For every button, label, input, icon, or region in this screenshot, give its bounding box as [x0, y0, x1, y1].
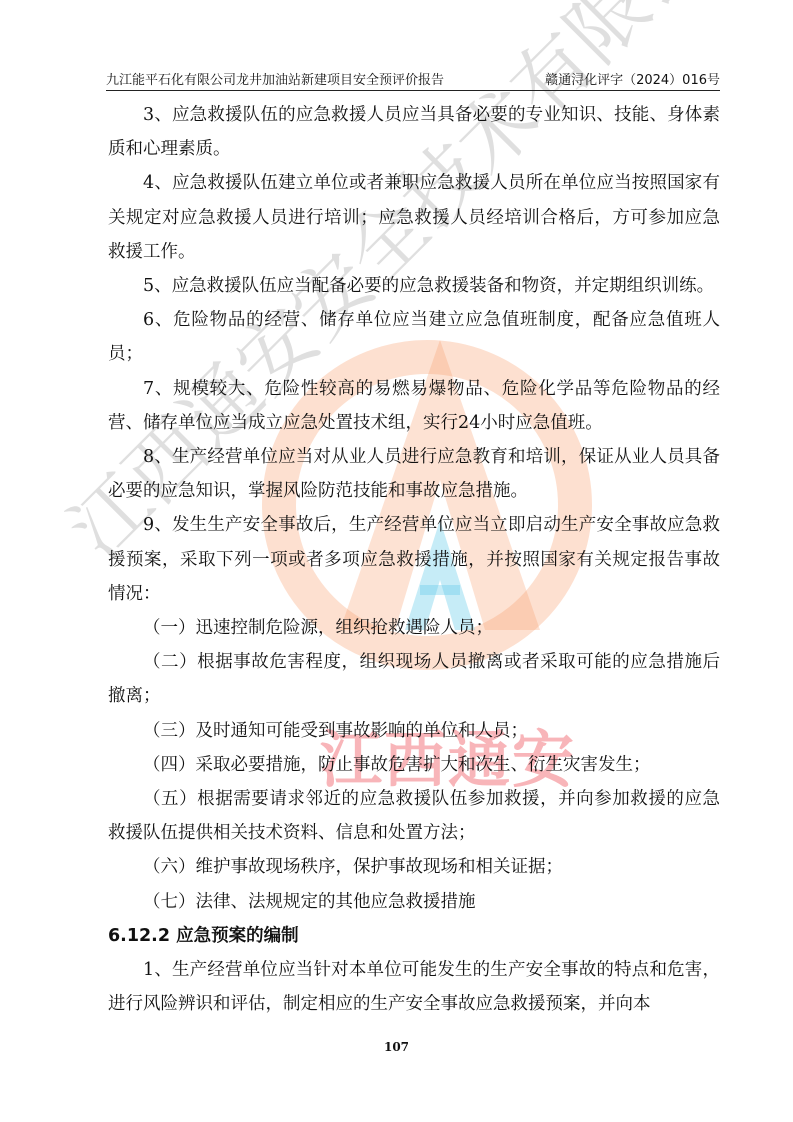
paragraph: 4、应急救援队伍建立单位或者兼职应急救援人员所在单位应当按照国家有关规定对应急救…	[108, 166, 720, 269]
page-number: 107	[0, 1040, 793, 1054]
paragraph: 9、发生生产安全事故后，生产经营单位应当立即启动生产安全事故应急救援预案，采取下…	[108, 508, 720, 611]
paragraph: 8、生产经营单位应当对从业人员进行应急教育和培训，保证从业人员具备必要的应急知识…	[108, 440, 720, 508]
page-header: 九江能平石化有限公司龙井加油站新建项目安全预评价报告 赣通浔化评字（2024）0…	[106, 66, 720, 91]
report-title: 九江能平石化有限公司龙井加油站新建项目安全预评价报告	[106, 69, 444, 88]
paragraph: 6、危险物品的经营、储存单位应当建立应急值班制度，配备应急值班人员；	[108, 303, 720, 371]
page-content: 3、应急救援队伍的应急救援人员应当具备必要的专业知识、技能、身体素质和心理素质。…	[108, 98, 720, 1021]
list-item: （四）采取必要措施，防止事故危害扩大和次生、衍生灾害发生；	[108, 748, 720, 782]
list-item: （五）根据需要请求邻近的应急救援队伍参加救援，并向参加救援的应急救援队伍提供相关…	[108, 782, 720, 850]
paragraph: 3、应急救援队伍的应急救援人员应当具备必要的专业知识、技能、身体素质和心理素质。	[108, 98, 720, 166]
paragraph: 7、规模较大、危险性较高的易燃易爆物品、危险化学品等危险物品的经营、储存单位应当…	[108, 372, 720, 440]
paragraph: 1、生产经营单位应当针对本单位可能发生的生产安全事故的特点和危害，进行风险辨识和…	[108, 953, 720, 1021]
list-item: （二）根据事故危害程度，组织现场人员撤离或者采取可能的应急措施后撤离；	[108, 645, 720, 713]
list-item: （一）迅速控制危险源，组织抢救遇险人员；	[108, 611, 720, 645]
report-number: 赣通浔化评字（2024）016号	[545, 69, 720, 88]
section-heading: 6.12.2 应急预案的编制	[108, 919, 720, 953]
list-item: （七）法律、法规规定的其他应急救援措施	[108, 885, 720, 919]
list-item: （三）及时通知可能受到事故影响的单位和人员；	[108, 714, 720, 748]
list-item: （六）维护事故现场秩序，保护事故现场和相关证据；	[108, 850, 720, 884]
paragraph: 5、应急救援队伍应当配备必要的应急救援装备和物资，并定期组织训练。	[108, 269, 720, 303]
